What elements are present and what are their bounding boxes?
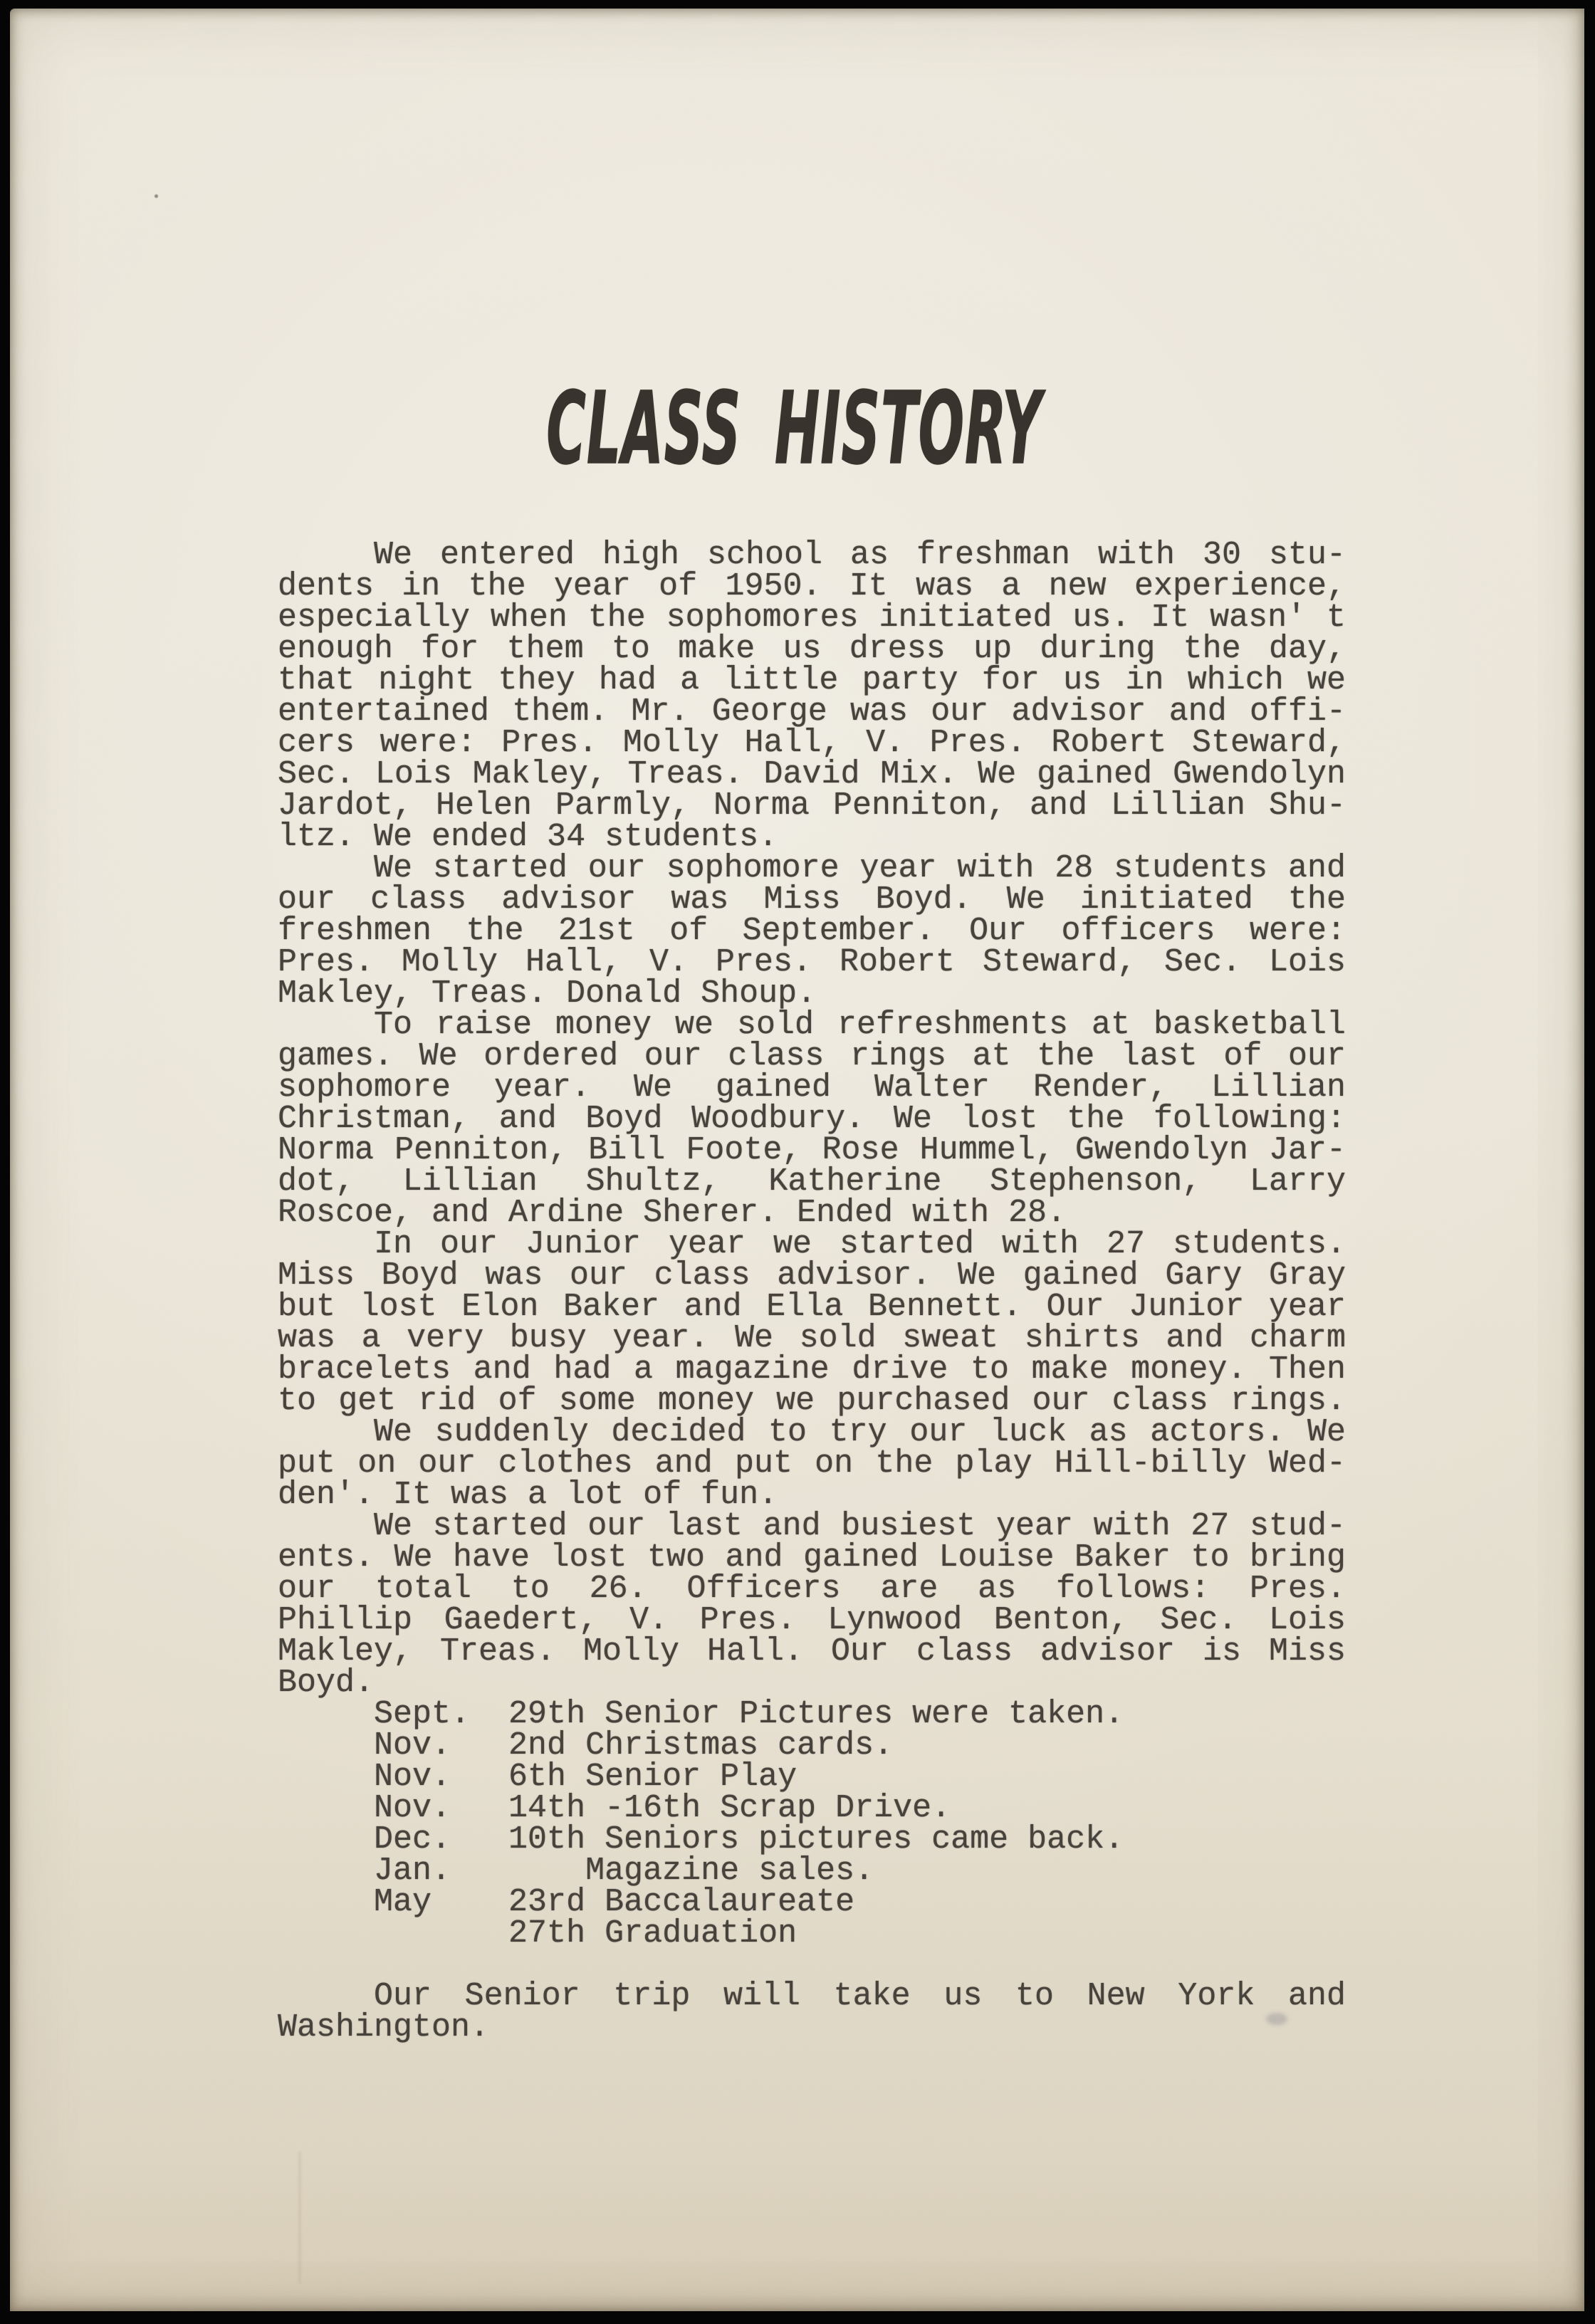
text-line: entertained them. Mr. George was our adv…: [278, 696, 1346, 728]
text-line: that night they had a little party for u…: [278, 665, 1346, 696]
text-line: We started our sophomore year with 28 st…: [278, 853, 1346, 884]
text-line: sophomore year. We gained Walter Render,…: [278, 1072, 1346, 1104]
text-line: [278, 1949, 1346, 1981]
text-line: In our Junior year we started with 27 st…: [278, 1229, 1346, 1260]
scanned-yearbook-screenshot: { "page": { "title": "CLASS HISTORY" }, …: [0, 0, 1595, 2324]
text-line: dents in the year of 1950. It was a new …: [278, 571, 1346, 602]
text-line: Our Senior trip will take us to New York…: [278, 1981, 1346, 2012]
text-line: Makley, Treas. Donald Shoup.: [278, 978, 1346, 1010]
text-line: Washington.: [278, 2012, 1346, 2043]
text-line: cers were: Pres. Molly Hall, V. Pres. Ro…: [278, 728, 1346, 759]
paper-scratch: [299, 2152, 300, 2283]
text-line: Boyd.: [278, 1668, 1346, 1699]
text-line: but lost Elon Baker and Ella Bennett. Ou…: [278, 1292, 1346, 1323]
text-line: was a very busy year. We sold sweat shir…: [278, 1323, 1346, 1354]
page-title: CLASS HISTORY: [4, 380, 1584, 479]
text-line: Makley, Treas. Molly Hall. Our class adv…: [278, 1636, 1346, 1668]
text-line: especially when the sophomores initiated…: [278, 602, 1346, 634]
text-line: Jardot, Helen Parmly, Norma Penniton, an…: [278, 790, 1346, 822]
class-history-text: We entered high school as freshman with …: [278, 540, 1346, 2043]
text-line: to get rid of some money we purchased ou…: [278, 1386, 1346, 1417]
text-line: 27th Graduation: [278, 1918, 1346, 1949]
text-line: Christman, and Boyd Woodbury. We lost th…: [278, 1104, 1346, 1135]
text-line: our class advisor was Miss Boyd. We init…: [278, 884, 1346, 916]
text-line: May 23rd Baccalaureate: [278, 1887, 1346, 1918]
text-line: Pres. Molly Hall, V. Pres. Robert Stewar…: [278, 947, 1346, 978]
yearbook-page: CLASS HISTORY We entered high school as …: [10, 9, 1584, 2311]
text-line: We entered high school as freshman with …: [278, 540, 1346, 571]
text-line: Sec. Lois Makley, Treas. David Mix. We g…: [278, 759, 1346, 790]
text-line: games. We ordered our class rings at the…: [278, 1041, 1346, 1072]
text-line: Phillip Gaedert, V. Pres. Lynwood Benton…: [278, 1605, 1346, 1636]
text-line: dot, Lillian Shultz, Katherine Stephenso…: [278, 1166, 1346, 1198]
text-line: To raise money we sold refreshments at b…: [278, 1010, 1346, 1041]
text-line: Nov. 6th Senior Play: [278, 1762, 1346, 1793]
text-line: ents. We have lost two and gained Louise…: [278, 1542, 1346, 1574]
page-title-text: CLASS HISTORY: [547, 380, 1042, 479]
text-line: our total to 26. Officers are as follows…: [278, 1574, 1346, 1605]
text-line: put on our clothes and put on the play H…: [278, 1448, 1346, 1480]
text-line: We suddenly decided to try our luck as a…: [278, 1417, 1346, 1448]
text-line: den'. It was a lot of fun.: [278, 1480, 1346, 1511]
text-line: Sept. 29th Senior Pictures were taken.: [278, 1699, 1346, 1730]
text-line: Roscoe, and Ardine Sherer. Ended with 28…: [278, 1198, 1346, 1229]
text-line: Jan. Magazine sales.: [278, 1855, 1346, 1887]
text-line: enough for them to make us dress up duri…: [278, 634, 1346, 665]
paper-speck: [155, 194, 158, 198]
text-line: Miss Boyd was our class advisor. We gain…: [278, 1260, 1346, 1292]
scan-border: CLASS HISTORY We entered high school as …: [0, 0, 1595, 2324]
text-line: ltz. We ended 34 students.: [278, 822, 1346, 853]
text-line: Norma Penniton, Bill Foote, Rose Hummel,…: [278, 1135, 1346, 1166]
text-line: bracelets and had a magazine drive to ma…: [278, 1354, 1346, 1386]
text-line: We started our last and busiest year wit…: [278, 1511, 1346, 1542]
text-line: freshmen the 21st of September. Our offi…: [278, 916, 1346, 947]
text-line: Dec. 10th Seniors pictures came back.: [278, 1824, 1346, 1855]
ink-smudge: [1266, 2013, 1287, 2025]
text-line: Nov. 14th -16th Scrap Drive.: [278, 1793, 1346, 1824]
text-line: Nov. 2nd Christmas cards.: [278, 1730, 1346, 1762]
